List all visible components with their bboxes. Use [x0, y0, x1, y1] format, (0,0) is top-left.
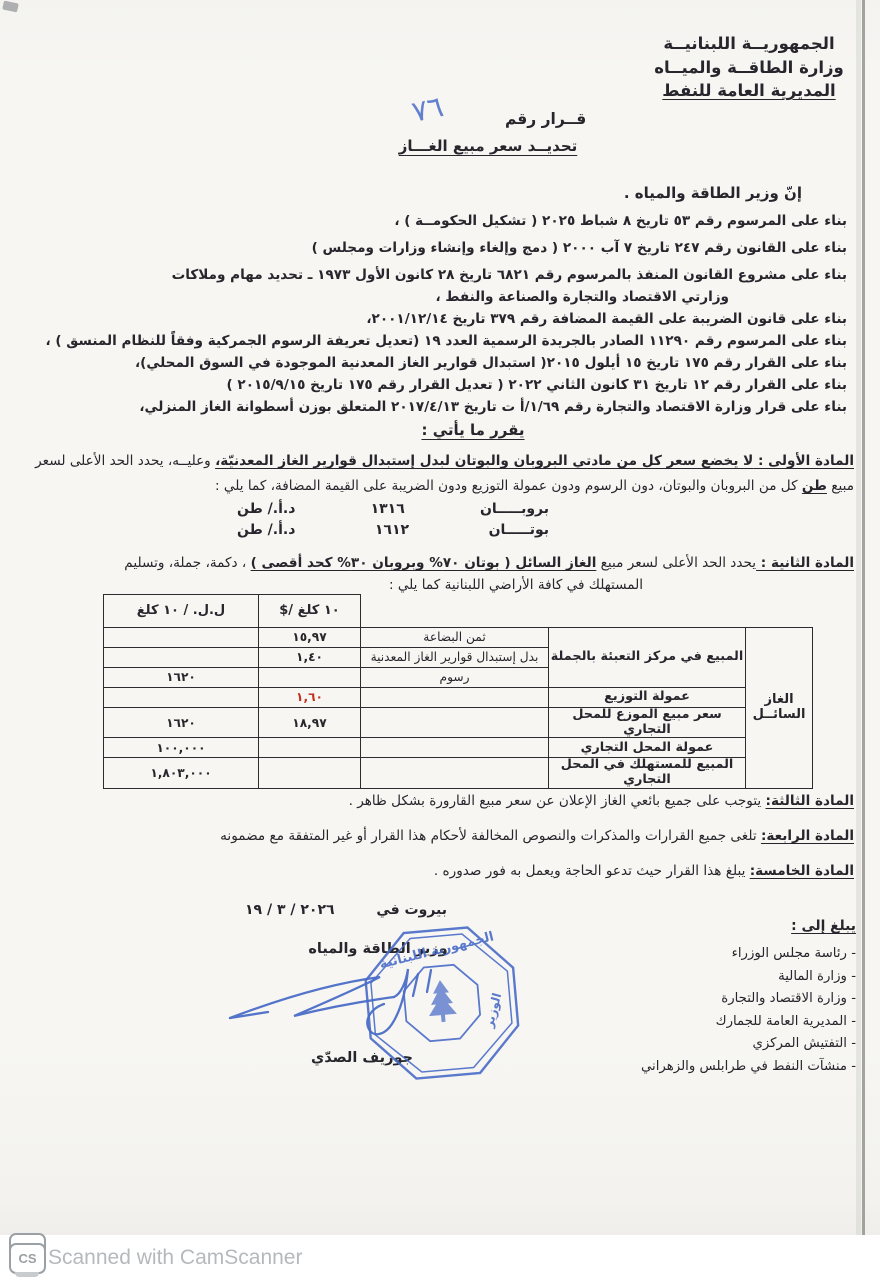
article-2-pre: يحدد الحد الأعلى لسعر مبيع — [596, 555, 756, 571]
table-header-spacer — [361, 595, 813, 628]
article-3-text: يتوجب على جميع بائعي الغاز الإعلان عن سع… — [349, 793, 766, 809]
table-row: عمولة التوزيع ١,٦٠ — [104, 688, 813, 708]
letterhead: الجمهوريــة اللبنانيــة وزارة الطاقــة و… — [640, 32, 858, 103]
clause: بناء على قانون الضريبة على القيمة المضاف… — [35, 310, 847, 328]
cell-lbp: ١٦٢٠ — [104, 708, 259, 738]
article-1-rest: وعليــه، يحدد الحد الأعلى لسعر — [35, 453, 215, 469]
table-row: الغاز السائــل المبيع في مركز التعبئة با… — [104, 628, 813, 648]
table-row: المبيع للمستهلك في المحل التجاري ١,٨٠٣,٠… — [104, 758, 813, 788]
cell-desc — [361, 738, 549, 758]
article-2-rest: ، دكمة، جملة، وتسليم — [124, 555, 250, 571]
official-stamp: الجمهورية اللبنانية الوزير — [339, 912, 545, 1096]
list-item: - منشآت النفط في طرابلس والزهراني — [641, 1056, 856, 1079]
table-group-label: المبيع في مركز التعبئة بالجملة — [549, 628, 746, 688]
cell-lbp: ١,٨٠٣,٠٠٠ — [104, 758, 259, 788]
article-3-label: المادة الثالثة: — [766, 793, 854, 809]
article-4: المادة الرابعة: تلغى جميع القرارات والمذ… — [34, 824, 854, 849]
cell-lbp: ١٦٢٠ — [104, 668, 259, 688]
distribution-list: - رئاسة مجلس الوزراء - وزارة المالية - و… — [641, 943, 856, 1078]
cell-category: سعر مبيع الموزع للمحل التجاري — [549, 708, 746, 738]
gas-price-table: $/ ١٠ كلغ ل.ل. / ١٠ كلغ الغاز السائــل ا… — [103, 594, 813, 789]
table-header-usd: $/ ١٠ كلغ — [259, 595, 361, 628]
cell-desc — [361, 708, 549, 738]
table-side-label: الغاز السائــل — [746, 628, 813, 789]
cell-usd: ١,٤٠ — [259, 648, 361, 668]
article-5: المادة الخامسة: يبلغ هذا القرار حيث تدعو… — [34, 859, 854, 884]
article-2-emphasis: الغاز السائل ( بوتان ٧٠% وبروبان ٣٠% كحد… — [251, 555, 597, 571]
list-item: - وزارة المالية — [641, 966, 856, 989]
list-item: - التفتيش المركزي — [641, 1033, 856, 1056]
price-row-propane: بروبـــــان ١٣١٦ د.أ./ طن — [237, 501, 549, 517]
preamble-intro: إنّ وزير الطاقة والمياه . — [624, 184, 802, 202]
place-label: بيروت في — [376, 902, 447, 918]
article-1-label: المادة الأولى : — [753, 453, 854, 469]
cedar-emblem — [426, 979, 458, 1023]
camscanner-cs-icon: CS — [9, 1243, 46, 1274]
letterhead-republic: الجمهوريــة اللبنانيــة — [640, 32, 858, 56]
clause: بناء على القرار رقم ١٢ تاريخ ٣١ كانون ال… — [35, 376, 847, 394]
price-list: بروبـــــان ١٣١٦ د.أ./ طن بوتـــــان ١٦١… — [237, 501, 549, 543]
cell-lbp — [104, 688, 259, 708]
cell-desc — [361, 758, 549, 788]
propane-value: ١٣١٦ — [371, 501, 405, 517]
list-item: - وزارة الاقتصاد والتجارة — [641, 988, 856, 1011]
table-row: سعر مبيع الموزع للمحل التجاري ١٨,٩٧ ١٦٢٠ — [104, 708, 813, 738]
date-value: ٢٠٢٦ / ٣ / ١٩ — [245, 902, 335, 918]
paper-edge-shadow-soft — [856, 0, 861, 1237]
article-1: المادة الأولى : لا يخضع سعر كل من مادتي … — [34, 449, 854, 499]
cell-desc: ثمن البضاعة — [361, 628, 549, 648]
stamp-center-text: الوزير — [481, 991, 505, 1030]
decides-heading: يقرر ما يأتي : — [382, 421, 564, 439]
price-row-butane: بوتـــــان ١٦١٢ د.أ./ طن — [237, 522, 549, 538]
side-label-line2: السائــل — [746, 708, 812, 723]
article-4-label: المادة الرابعة: — [761, 828, 854, 844]
article-5-text: يبلغ هذا القرار حيث تدعو الحاجة ويعمل به… — [434, 863, 750, 879]
cell-usd — [259, 668, 361, 688]
butane-unit: د.أ./ طن — [237, 522, 295, 538]
article-2-label: المادة الثانية : — [756, 555, 854, 571]
cell-desc — [361, 688, 549, 708]
article-2-line2: المستهلك في كافة الأراضي اللبنانية كما ي… — [389, 577, 643, 593]
table-header-row: $/ ١٠ كلغ ل.ل. / ١٠ كلغ — [104, 595, 813, 628]
cell-usd-red: ١,٦٠ — [259, 688, 361, 708]
cell-usd: ١٥,٩٧ — [259, 628, 361, 648]
cell-lbp — [104, 628, 259, 648]
cell-usd — [259, 738, 361, 758]
article-1-emphasis: لا يخضع سعر كل من مادتي البروبان والبوتا… — [215, 453, 753, 469]
cell-usd: ١٨,٩٧ — [259, 708, 361, 738]
decree-subject: تحديــد سعر مبيع الغـــاز — [391, 137, 585, 155]
cell-category: عمولة المحل التجاري — [549, 738, 746, 758]
cell-desc: رسوم — [361, 668, 549, 688]
letterhead-directorate: المديرية العامة للنفط — [640, 79, 858, 103]
clause: بناء على مشروع القانون المنفذ بالمرسوم ر… — [35, 266, 847, 284]
cell-desc: بدل إستبدال قوارير الغاز المعدنية — [361, 648, 549, 668]
article-3: المادة الثالثة: يتوجب على جميع بائعي الغ… — [34, 789, 854, 814]
letterhead-ministry: وزارة الطاقــة والميــاه — [640, 56, 858, 80]
cell-lbp: ١٠٠,٠٠٠ — [104, 738, 259, 758]
scanned-decree-page: الجمهوريــة اللبنانيــة وزارة الطاقــة و… — [0, 0, 880, 1280]
decree-number-handwritten: ٧٦ — [409, 89, 447, 129]
cell-lbp — [104, 648, 259, 668]
cell-category: عمولة التوزيع — [549, 688, 746, 708]
butane-label: بوتـــــان — [489, 522, 549, 538]
camscanner-icon-ledge — [15, 1272, 39, 1277]
clause: بناء على قرار وزارة الاقتصاد والتجارة رق… — [35, 398, 847, 416]
clause: بناء على القرار رقم ١٧٥ تاريخ ١٥ أيلول ٢… — [35, 354, 847, 372]
table-row: عمولة المحل التجاري ١٠٠,٠٠٠ — [104, 738, 813, 758]
list-item: - المديرية العامة للجمارك — [641, 1011, 856, 1034]
clause-continuation: وزارتي الاقتصاد والتجارة والصناعة والنفط… — [35, 288, 847, 306]
decree-number-label: قــرار رقم — [505, 110, 586, 128]
article-1-ton: طن — [802, 478, 827, 494]
cell-usd — [259, 758, 361, 788]
paper-edge-shadow — [862, 0, 865, 1237]
list-item: - رئاسة مجلس الوزراء — [641, 943, 856, 966]
butane-value: ١٦١٢ — [375, 522, 409, 538]
place-date: بيروت في ٢٠٢٦ / ٣ / ١٩ — [245, 902, 447, 918]
side-label-line1: الغاز — [746, 693, 812, 708]
article-1-line2: مبيع — [827, 478, 854, 494]
camscanner-label: Scanned with CamScanner — [48, 1246, 302, 1270]
article-5-label: المادة الخامسة: — [750, 863, 854, 879]
cell-category: المبيع للمستهلك في المحل التجاري — [549, 758, 746, 788]
clause: بناء على المرسوم رقم ١١٢٩٠ الصادر بالجري… — [35, 332, 847, 350]
article-2: المادة الثانية : يحدد الحد الأعلى لسعر م… — [34, 551, 854, 576]
clause: بناء على القانون رقم ٢٤٧ تاريخ ٧ آب ٢٠٠٠… — [35, 239, 847, 257]
table-header-lbp: ل.ل. / ١٠ كلغ — [104, 595, 259, 628]
propane-label: بروبـــــان — [480, 501, 549, 517]
preamble-clauses: بناء على المرسوم رقم ٥٣ تاريخ ٨ شباط ٢٠٢… — [35, 212, 847, 420]
clause: بناء على المرسوم رقم ٥٣ تاريخ ٨ شباط ٢٠٢… — [35, 212, 847, 230]
article-4-text: تلغى جميع القرارات والمذكرات والنصوص الم… — [220, 828, 761, 844]
propane-unit: د.أ./ طن — [237, 501, 295, 517]
distribution-heading: يبلغ إلى : — [791, 918, 856, 934]
article-1-line2-rest: كل من البروبان والبوتان، دون الرسوم ودون… — [215, 478, 802, 494]
